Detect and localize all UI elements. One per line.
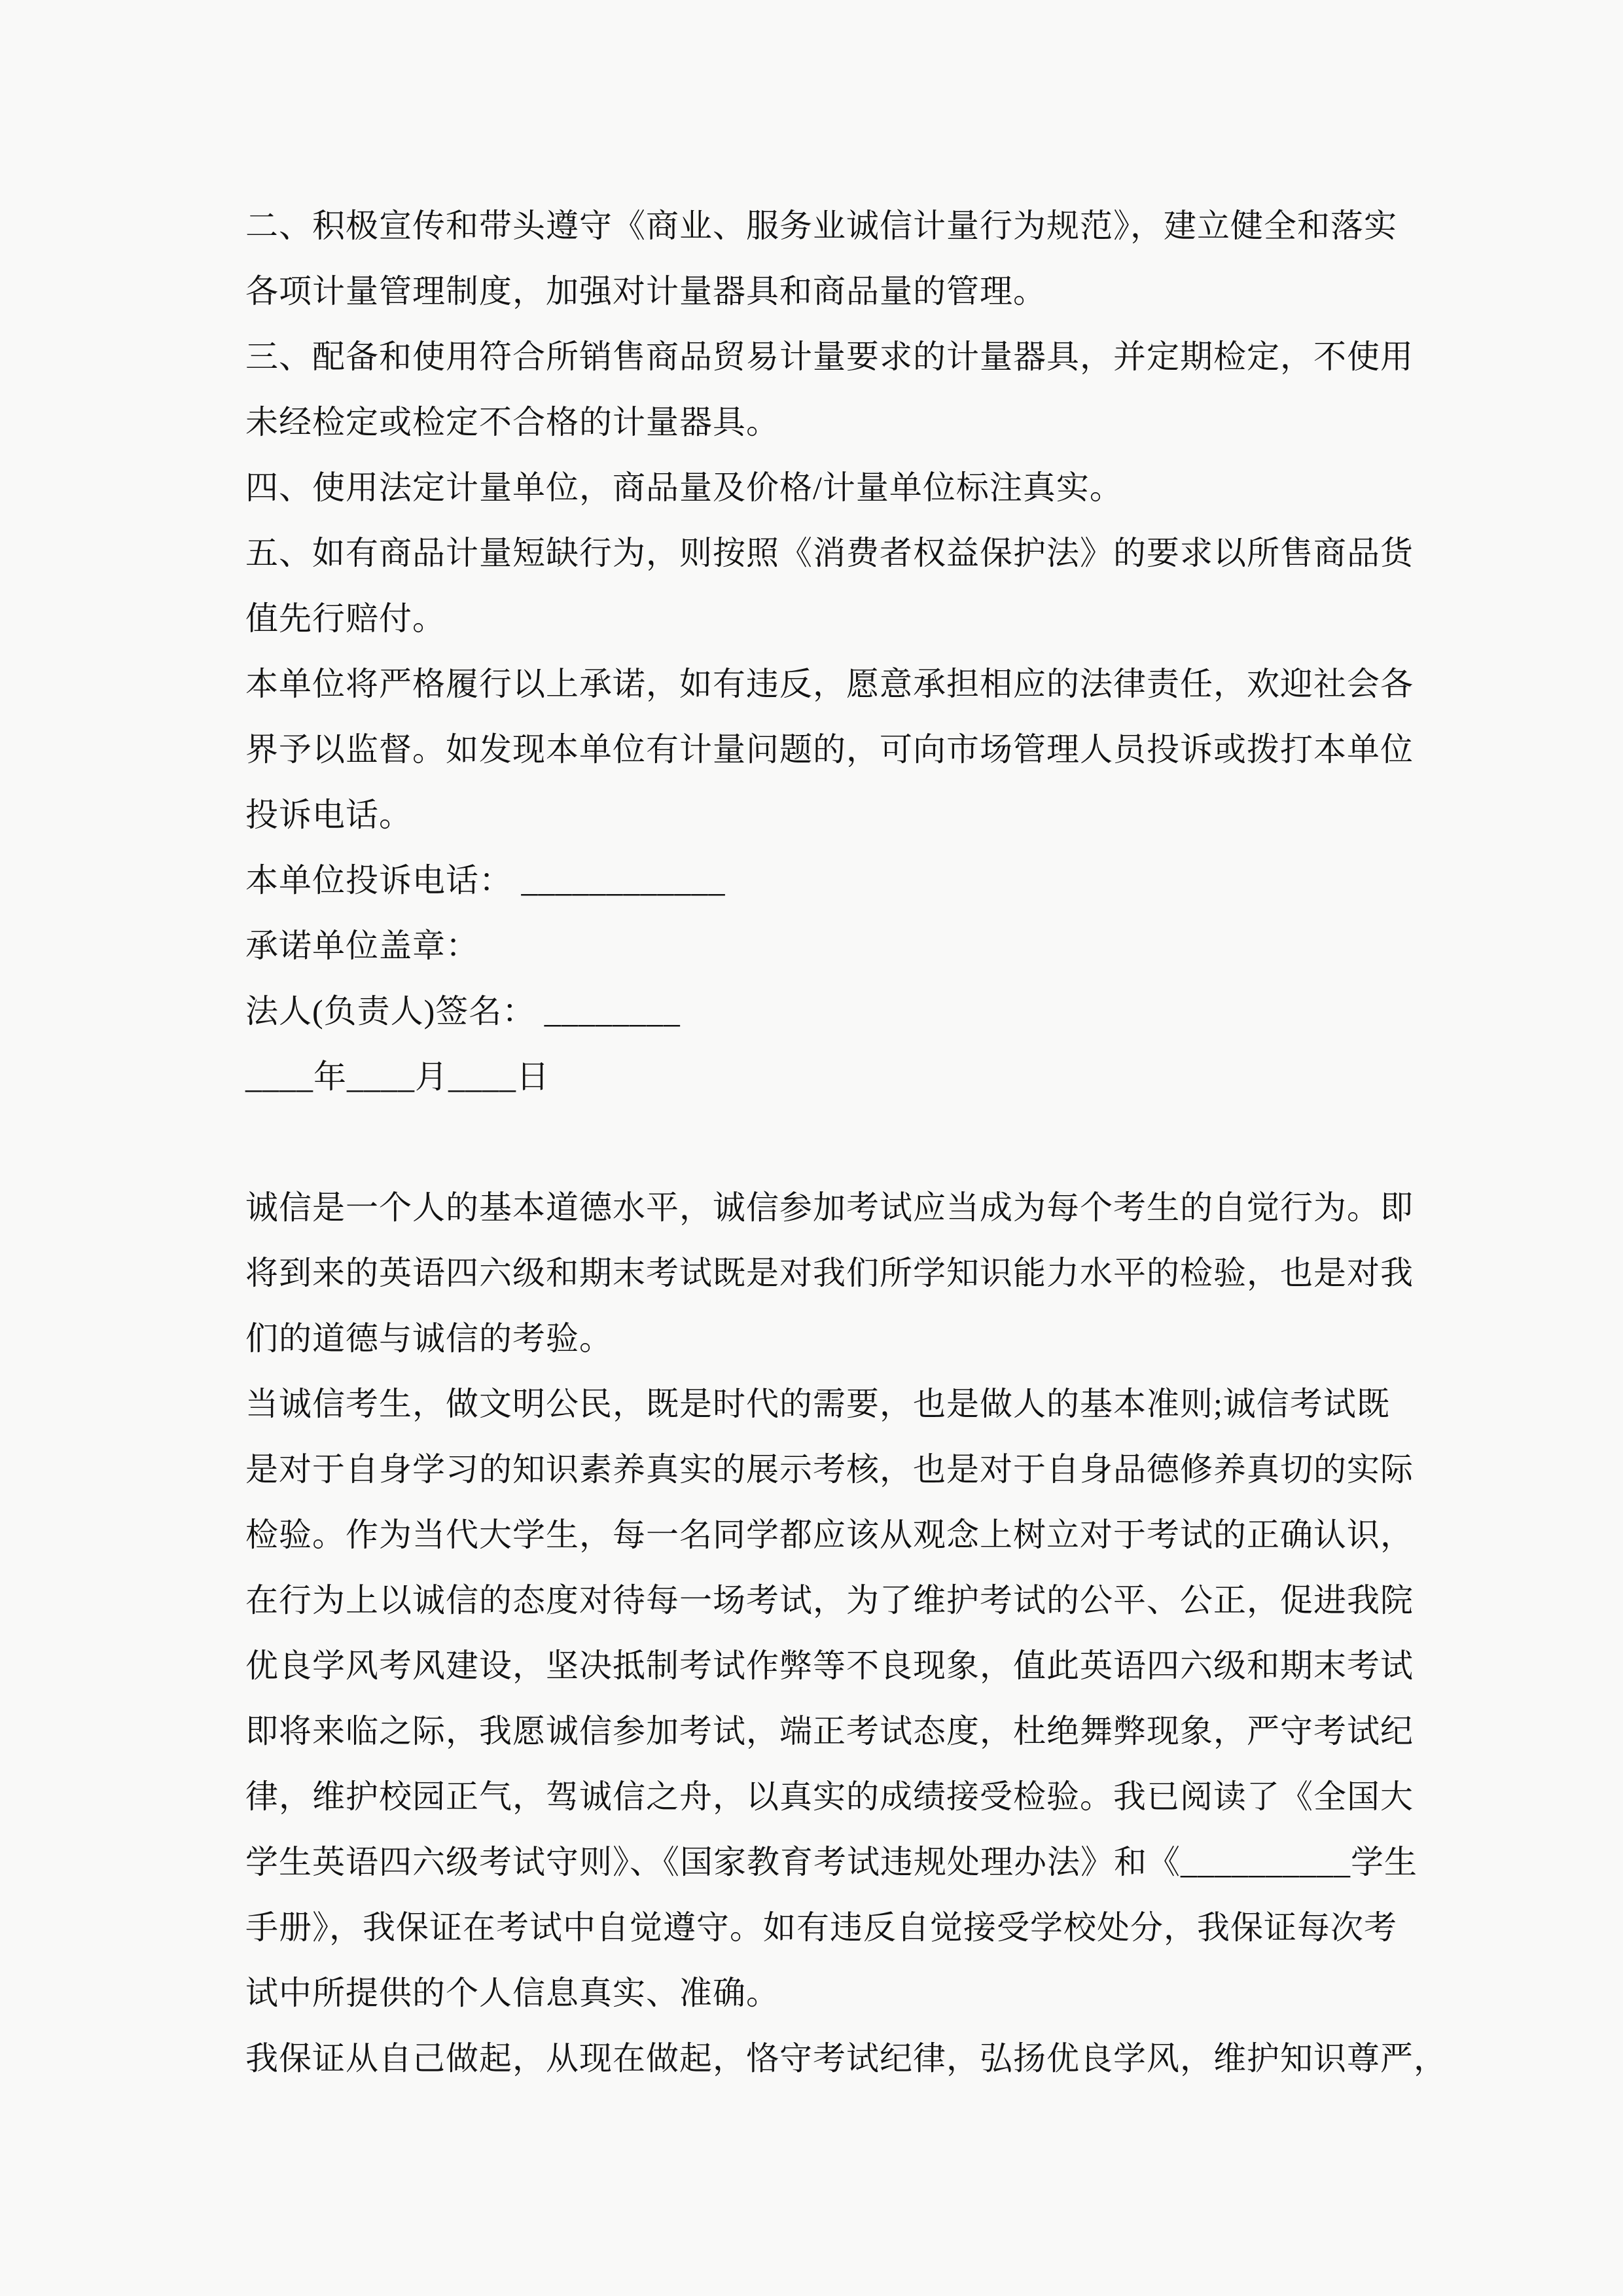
paragraph-line: 检验。作为当代大学生，每一名同学都应该从观念上树立对于考试的正确认识，: [245, 1502, 1558, 1568]
signature-line: 法人(负责人)签名： ________: [245, 978, 1558, 1044]
paragraph-line: 优良学风考风建设，坚决抵制考试作弊等不良现象，值此英语四六级和期末考试: [245, 1633, 1558, 1698]
paragraph-line: 是对于自身学习的知识素养真实的展示考核，也是对于自身品德修养真切的实际: [245, 1437, 1558, 1502]
paragraph-line: 在行为上以诚信的态度对待每一场考试，为了维护考试的公平、公正，促进我院: [245, 1568, 1558, 1633]
date-line: ____年____月____日: [245, 1044, 1558, 1109]
paragraph-line: 四、使用法定计量单位，商品量及价格/计量单位标注真实。: [245, 455, 1558, 520]
paragraph-line: 各项计量管理制度，加强对计量器具和商品量的管理。: [245, 259, 1558, 324]
paragraph-line: 值先行赔付。: [245, 586, 1558, 651]
paragraph-line: 我保证从自己做起，从现在做起，恪守考试纪律，弘扬优良学风，维护知识尊严，: [245, 2026, 1558, 2091]
document-page: 二、积极宣传和带头遵守《商业、服务业诚信计量行为规范》，建立健全和落实 各项计量…: [0, 0, 1623, 2296]
paragraph-line: 律，维护校园正气，驾诚信之舟，以真实的成绩接受检验。我已阅读了《全国大: [245, 1764, 1558, 1829]
paragraph-line: 未经检定或检定不合格的计量器具。: [245, 389, 1558, 455]
paragraph-line: 界予以监督。如发现本单位有计量问题的，可向市场管理人员投诉或拨打本单位: [245, 717, 1558, 782]
paragraph-line: 当诚信考生，做文明公民，既是时代的需要，也是做人的基本准则;诚信考试既: [245, 1371, 1558, 1437]
paragraph-line: 们的道德与诚信的考验。: [245, 1306, 1558, 1371]
paragraph-line: 本单位将严格履行以上承诺，如有违反，愿意承担相应的法律责任，欢迎社会各: [245, 651, 1558, 717]
complaint-phone-line: 本单位投诉电话： ____________: [245, 848, 1558, 913]
paragraph-line: 投诉电话。: [245, 782, 1558, 848]
paragraph-line: 三、配备和使用符合所销售商品贸易计量要求的计量器具，并定期检定，不使用: [245, 324, 1558, 389]
paragraph-line: 将到来的英语四六级和期末考试既是对我们所学知识能力水平的检验，也是对我: [245, 1240, 1558, 1306]
paragraph-line: 五、如有商品计量短缺行为，则按照《消费者权益保护法》的要求以所售商品货: [245, 520, 1558, 586]
seal-line: 承诺单位盖章：: [245, 913, 1558, 978]
paragraph-line: 学生英语四六级考试守则》、《国家教育考试违规处理办法》和《__________学…: [245, 1829, 1558, 1895]
blank-line: [245, 1109, 1558, 1175]
paragraph-line: 手册》，我保证在考试中自觉遵守。如有违反自觉接受学校处分，我保证每次考: [245, 1895, 1558, 1960]
paragraph-line: 诚信是一个人的基本道德水平，诚信参加考试应当成为每个考生的自觉行为。即: [245, 1175, 1558, 1240]
paragraph-line: 二、积极宣传和带头遵守《商业、服务业诚信计量行为规范》，建立健全和落实: [245, 193, 1558, 259]
paragraph-line: 试中所提供的个人信息真实、准确。: [245, 1960, 1558, 2026]
paragraph-line: 即将来临之际，我愿诚信参加考试，端正考试态度，杜绝舞弊现象，严守考试纪: [245, 1698, 1558, 1764]
